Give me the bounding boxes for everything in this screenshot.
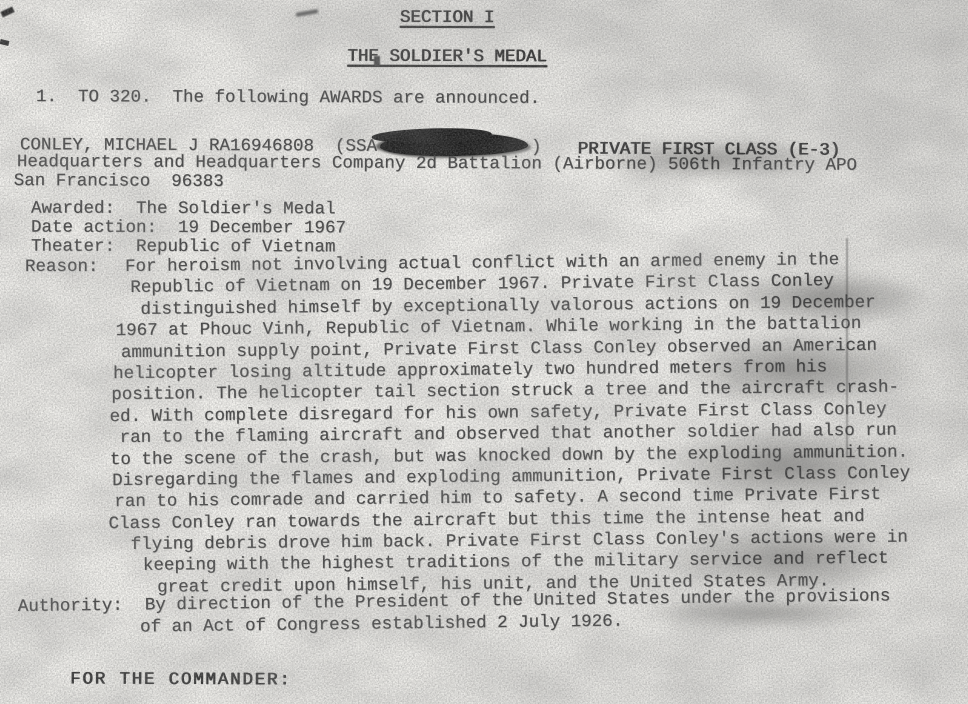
field-date-action-label: Date action: — [31, 218, 157, 238]
award-fields: Awarded:The Soldier's Medal Date action:… — [31, 199, 346, 257]
field-theater-label: Theater: — [31, 237, 115, 257]
field-date-action-value: 19 December 1967 — [178, 218, 346, 238]
document-content: SECTION I THE SOLDIER'S MEDAL 1. TO 320.… — [0, 0, 968, 704]
reason-label: Reason: — [25, 257, 99, 277]
scanned-document-page: SECTION I THE SOLDIER'S MEDAL 1. TO 320.… — [0, 0, 968, 704]
field-date-action: Date action:19 December 1967 — [31, 218, 346, 238]
field-awarded: Awarded:The Soldier's Medal — [31, 199, 346, 219]
document-title: THE SOLDIER'S MEDAL — [0, 46, 931, 69]
recipient-location-line: San Francisco 96383 — [14, 171, 224, 192]
intro-line: 1. TO 320. The following AWARDS are anno… — [36, 87, 540, 109]
closing-line: FOR THE COMMANDER: — [70, 670, 292, 691]
field-awarded-label: Awarded: — [31, 199, 115, 219]
field-awarded-value: The Soldier's Medal — [136, 199, 336, 220]
recipient-block: CONLEY, MICHAEL J RA16946808 (SSA)PRIVAT… — [0, 133, 968, 137]
document-title-text: THE SOLDIER'S MEDAL — [347, 47, 547, 68]
section-heading: SECTION I — [0, 7, 931, 30]
field-theater: Theater:Republic of Vietnam — [31, 237, 346, 257]
authority-label: Authority: — [18, 596, 123, 617]
reason-paragraph: For heroism not involving actual conflic… — [125, 249, 911, 599]
section-heading-text: SECTION I — [400, 8, 495, 28]
